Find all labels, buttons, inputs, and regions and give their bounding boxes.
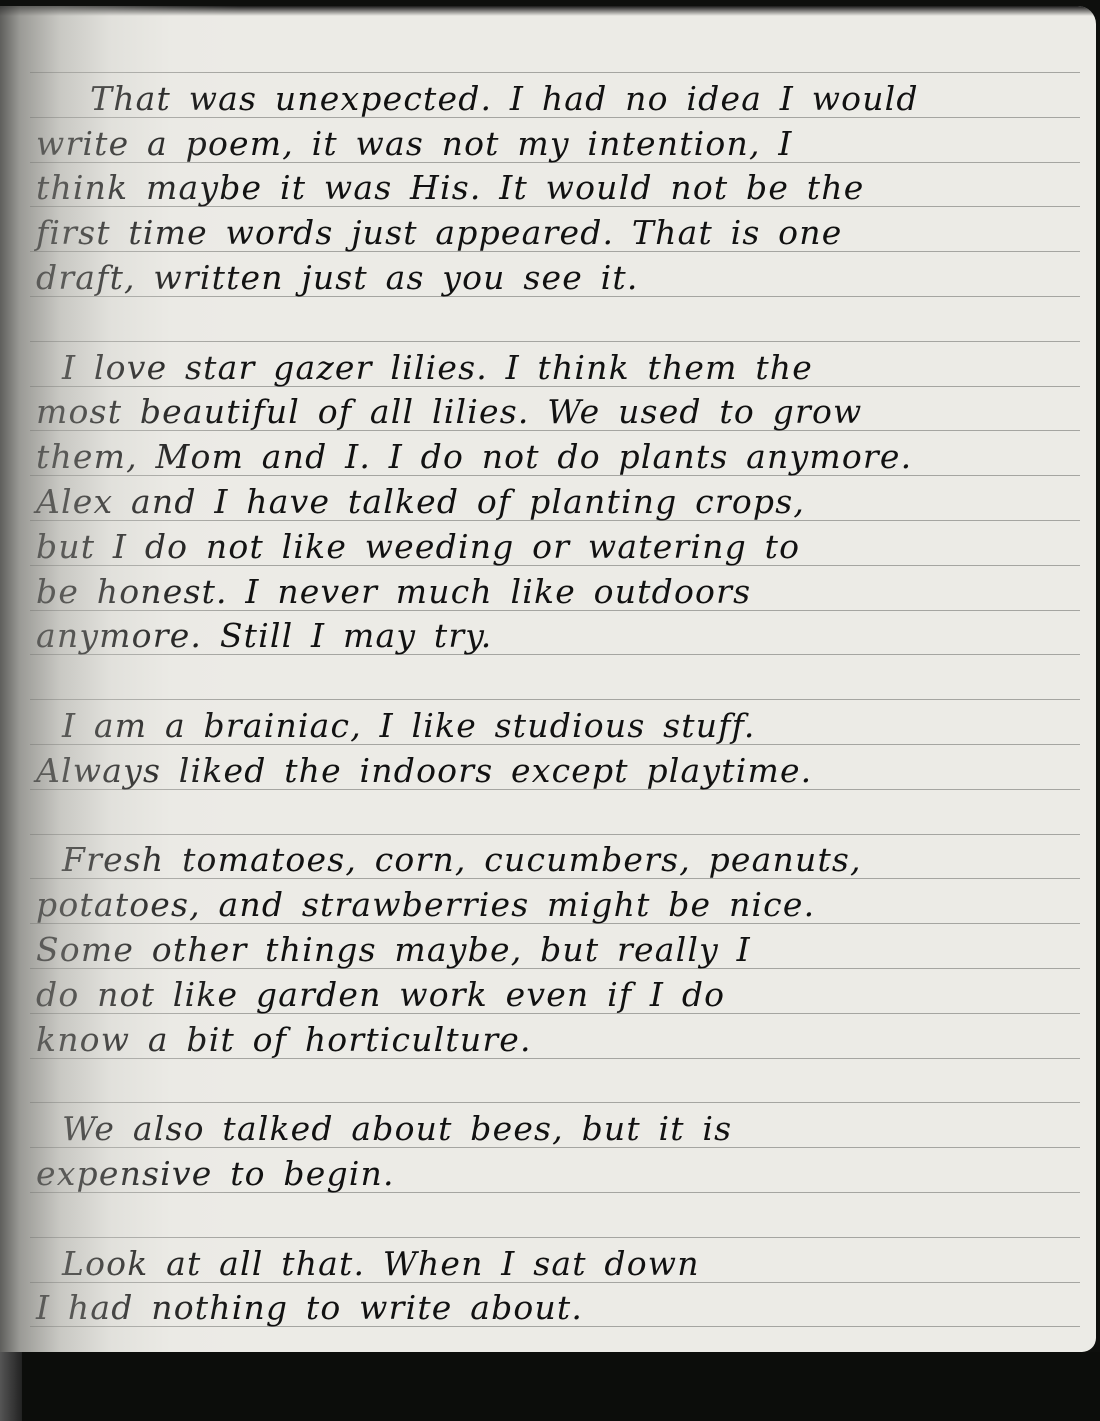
notebook-spine	[0, 1352, 22, 1421]
ruled-line	[30, 72, 1080, 73]
ruled-line	[30, 834, 1080, 835]
handwritten-line: anymore. Still I may try.	[36, 616, 1076, 655]
handwritten-line: write a poem, it was not my intention, I	[36, 124, 1076, 163]
notebook-page: That was unexpected. I had no idea I wou…	[0, 6, 1096, 1352]
handwritten-line: Look at all that. When I sat down	[62, 1244, 1076, 1283]
handwritten-line: Some other things maybe, but really I	[36, 930, 1076, 969]
handwritten-line: Alex and I have talked of planting crops…	[36, 482, 1076, 521]
handwritten-line: them, Mom and I. I do not do plants anym…	[36, 437, 1076, 476]
handwritten-line: Always liked the indoors except playtime…	[36, 751, 1076, 790]
handwritten-line: think maybe it was His. It would not be …	[36, 168, 1076, 207]
handwritten-line: draft, written just as you see it.	[36, 258, 1076, 297]
handwritten-line: first time words just appeared. That is …	[36, 213, 1076, 252]
handwritten-line: most beautiful of all lilies. We used to…	[36, 392, 1076, 431]
ruled-line	[30, 1237, 1080, 1238]
handwritten-line: We also talked about bees, but it is	[62, 1109, 1076, 1148]
handwritten-line: but I do not like weeding or watering to	[36, 527, 1076, 566]
handwritten-line: I am a brainiac, I like studious stuff.	[62, 706, 1076, 745]
binding-gutter-shadow	[0, 6, 240, 1352]
handwritten-line: know a bit of horticulture.	[36, 1020, 1076, 1059]
ruled-line	[30, 699, 1080, 700]
ruled-line	[30, 1102, 1080, 1103]
handwritten-line: I love star gazer lilies. I think them t…	[62, 348, 1076, 387]
handwritten-line: potatoes, and strawberries might be nice…	[36, 885, 1076, 924]
handwritten-line: do not like garden work even if I do	[36, 975, 1076, 1014]
handwritten-line: expensive to begin.	[36, 1154, 1076, 1193]
page-top-shadow	[0, 6, 1096, 16]
handwritten-line: I had nothing to write about.	[36, 1288, 1076, 1327]
handwritten-line: be honest. I never much like outdoors	[36, 572, 1076, 611]
handwritten-line: That was unexpected. I had no idea I wou…	[90, 79, 1076, 118]
scanner-background	[0, 1352, 1100, 1421]
handwritten-line: Fresh tomatoes, corn, cucumbers, peanuts…	[62, 840, 1076, 879]
ruled-line	[30, 341, 1080, 342]
